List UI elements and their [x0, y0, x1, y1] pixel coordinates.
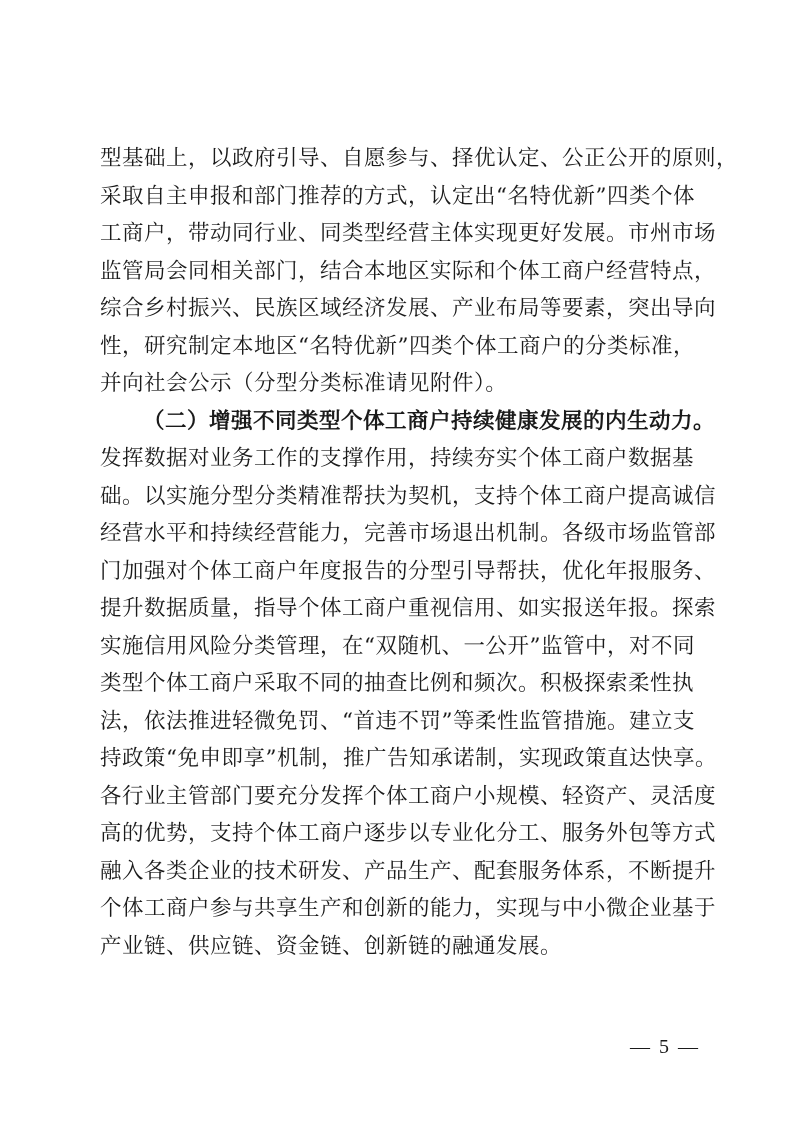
- text-line: 类型个体工商户采取不同的抽查比例和频次。积极探索柔性执: [100, 665, 694, 703]
- text-line: 并向社会公示（分型分类标准请见附件）。: [100, 365, 694, 403]
- text-line: 持政策“免申即享”机制，推广告知承诺制，实现政策直达快享。: [100, 740, 694, 778]
- text-line: 综合乡村振兴、民族区域经济发展、产业布局等要素，突出导向: [100, 290, 694, 328]
- text-line: 融入各类企业的技术研发、产品生产、配套服务体系，不断提升: [100, 853, 694, 891]
- page-number: — 5 —: [630, 1036, 700, 1059]
- text-line: 性，研究制定本地区“名特优新”四类个体工商户的分类标准，: [100, 328, 694, 366]
- text-line: 个体工商户参与共享生产和创新的能力，实现与中小微企业基于: [100, 890, 694, 928]
- text-line: 各行业主管部门要充分发挥个体工商户小规模、轻资产、灵活度: [100, 778, 694, 816]
- body-text: 型基础上，以政府引导、自愿参与、择优认定、公正公开的原则， 采取自主申报和部门推…: [100, 140, 694, 965]
- text-line: 实施信用风险分类管理，在“双随机、一公开”监管中，对不同: [100, 628, 694, 666]
- text-line: 经营水平和持续经营能力，完善市场退出机制。各级市场监管部: [100, 515, 694, 553]
- section-heading: （二）增强不同类型个体工商户持续健康发展的内生动力。: [100, 403, 694, 441]
- text-line: 发挥数据对业务工作的支撑作用，持续夯实个体工商户数据基: [100, 440, 694, 478]
- text-line: 础。以实施分型分类精准帮扶为契机，支持个体工商户提高诚信: [100, 478, 694, 516]
- text-line: 高的优势，支持个体工商户逐步以专业化分工、服务外包等方式: [100, 815, 694, 853]
- text-line: 型基础上，以政府引导、自愿参与、择优认定、公正公开的原则，: [100, 140, 694, 178]
- document-page: 型基础上，以政府引导、自愿参与、择优认定、公正公开的原则， 采取自主申报和部门推…: [0, 0, 793, 1122]
- text-line: 工商户，带动同行业、同类型经营主体实现更好发展。市州市场: [100, 215, 694, 253]
- text-line: 监管局会同相关部门，结合本地区实际和个体工商户经营特点，: [100, 253, 694, 291]
- text-line: 采取自主申报和部门推荐的方式，认定出“名特优新”四类个体: [100, 178, 694, 216]
- text-line: 法，依法推进轻微免罚、“首违不罚”等柔性监管措施。建立支: [100, 703, 694, 741]
- text-line: 门加强对个体工商户年度报告的分型引导帮扶，优化年报服务、: [100, 553, 694, 591]
- text-line: 产业链、供应链、资金链、创新链的融通发展。: [100, 928, 694, 966]
- text-line: 提升数据质量，指导个体工商户重视信用、如实报送年报。探索: [100, 590, 694, 628]
